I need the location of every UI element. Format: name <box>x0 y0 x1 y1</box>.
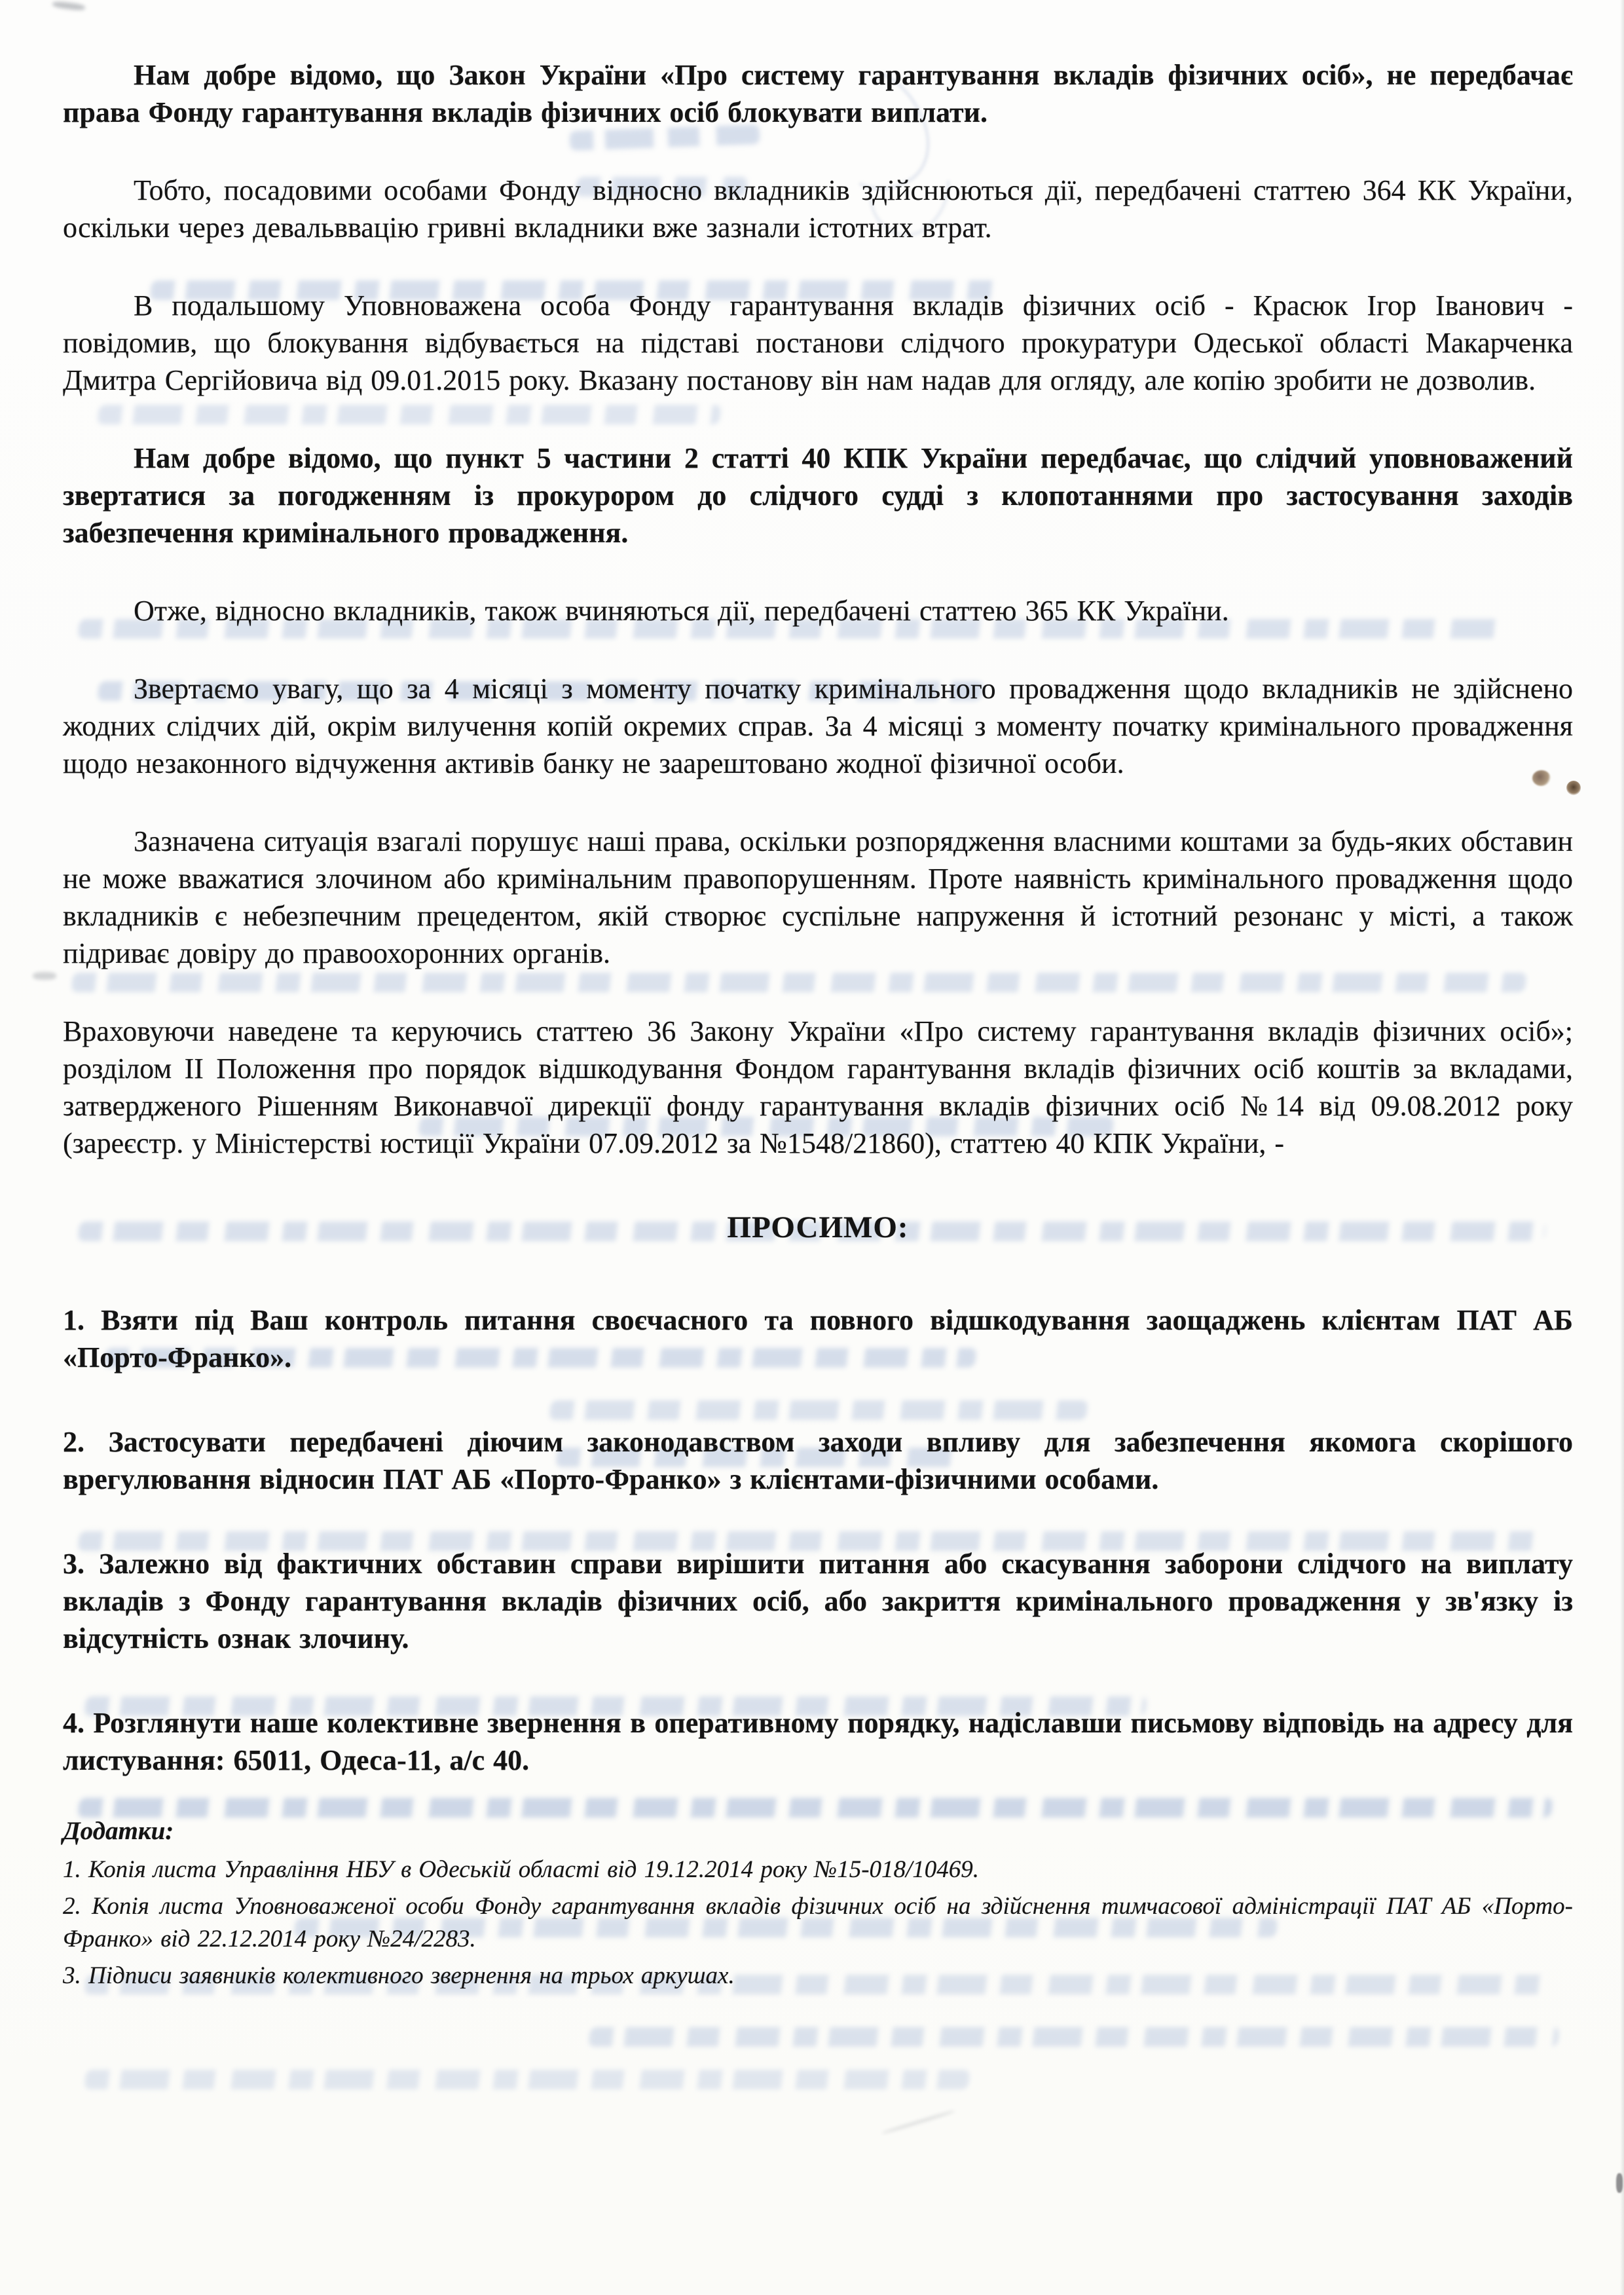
attachment-item: 3. Підписи заявників колективного зверне… <box>63 1960 1573 1992</box>
attachments-heading: Додатки: <box>63 1816 1573 1847</box>
letter-body: Нам добре відомо, що Закон України «Про … <box>63 56 1573 1996</box>
request-item: 1. Взяти під Ваш контроль питання своєча… <box>63 1301 1573 1376</box>
attachment-item: 1. Копія листа Управління НБУ в Одеській… <box>63 1854 1573 1886</box>
scanned-letter-page: Нам добре відомо, що Закон України «Про … <box>0 0 1624 2295</box>
scan-edge-mark <box>1616 2173 1623 2193</box>
request-item: 2. Застосувати передбачені діючим законо… <box>63 1423 1573 1498</box>
paragraph: Отже, відносно вкладників, також вчиняют… <box>63 592 1573 629</box>
paragraph: Нам добре відомо, що пункт 5 частини 2 с… <box>63 439 1573 551</box>
paragraph: Зазначена ситуація взагалі порушує наші … <box>63 823 1573 972</box>
bleedthrough-artifact <box>588 2027 1559 2047</box>
request-item: 4. Розглянути наше колективне звернення … <box>63 1704 1573 1779</box>
scan-scratch <box>882 2110 955 2134</box>
paragraph: Звертаємо увагу, що за 4 місяці з момент… <box>63 670 1573 782</box>
petition-heading: ПРОСИМО: <box>63 1209 1573 1246</box>
attachment-item: 2. Копія листа Уповноваженої особи Фонду… <box>63 1890 1573 1956</box>
paragraph: Враховуючи наведене та керуючись статтею… <box>63 1013 1573 1162</box>
request-item: 3. Залежно від фактичних обставин справи… <box>63 1545 1573 1657</box>
bleedthrough-artifact <box>84 2070 970 2089</box>
scan-smudge <box>33 972 56 980</box>
paragraph: Тобто, посадовими особами Фонду відносно… <box>63 172 1573 246</box>
scan-smudge <box>52 1 86 11</box>
paragraph: В подальшому Уповноважена особа Фонду га… <box>63 287 1573 399</box>
paragraph: Нам добре відомо, що Закон України «Про … <box>63 56 1573 131</box>
